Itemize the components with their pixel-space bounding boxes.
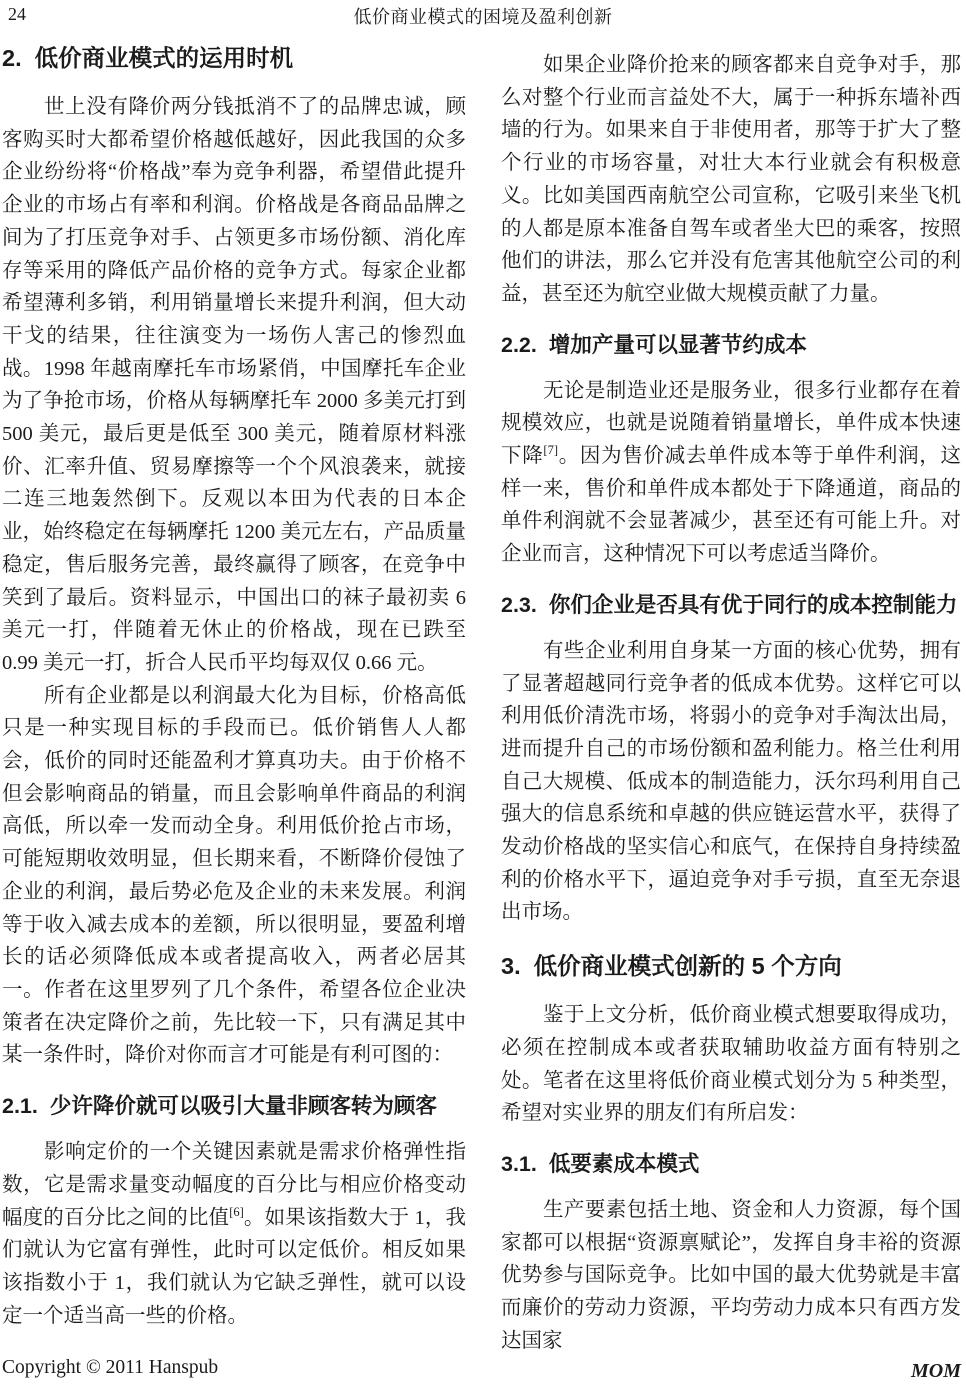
heading-number: 2.3. — [501, 590, 537, 621]
copyright-notice: Copyright © 2011 Hanspub — [2, 1357, 218, 1379]
running-head-title: 低价商业模式的困境及盈利创新 — [0, 3, 966, 29]
paragraph: 鉴于上文分析，低价商业模式想要取得成功，必须在控制成本或者获取辅助收益方面有特别… — [501, 999, 961, 1130]
text-run: 有些企业利用自身某一方面的核心优势，拥有了显著超越同行竞争者的低成本优势。这样它… — [501, 640, 961, 924]
paragraph: 有些企业利用自身某一方面的核心优势，拥有了显著超越同行竞争者的低成本优势。这样它… — [501, 635, 961, 929]
paragraph: 影响定价的一个关键因素就是需求价格弹性指数，它是需求量变动幅度的百分比与相应价格… — [2, 1136, 466, 1332]
heading-number: 3. — [501, 949, 521, 983]
heading-text: 你们企业是否具有优于同行的成本控制能力 — [549, 590, 961, 621]
heading-3-1: 3.1.低要素成本模式 — [501, 1149, 961, 1180]
paragraph: 如果企业降价抢来的顾客都来自竞争对手，那么对整个行业而言益处不大，属于一种拆东墙… — [501, 49, 961, 311]
heading-2: 2.低价商业模式的运用时机 — [2, 41, 466, 75]
text-run: 所有企业都是以利润最大化为目标，价格高低只是一种实现目标的手段而已。低价销售人人… — [2, 685, 466, 1067]
heading-number: 2. — [2, 41, 22, 75]
heading-text: 少许降价就可以吸引大量非顾客转为顾客 — [50, 1091, 466, 1122]
heading-2-3: 2.3.你们企业是否具有优于同行的成本控制能力 — [501, 590, 961, 621]
heading-text: 低要素成本模式 — [549, 1149, 961, 1180]
text-run: 世上没有降价两分钱抵消不了的品牌忠诚，顾客购买时大都希望价格越低越好，因此我国的… — [2, 96, 466, 674]
paragraph: 世上没有降价两分钱抵消不了的品牌忠诚，顾客购买时大都希望价格越低越好，因此我国的… — [2, 91, 466, 680]
heading-number: 2.2. — [501, 330, 537, 361]
heading-3: 3.低价商业模式创新的 5 个方向 — [501, 949, 961, 983]
heading-text: 增加产量可以显著节约成本 — [549, 330, 961, 361]
citation-ref: [7] — [543, 443, 558, 457]
heading-text: 低价商业模式的运用时机 — [35, 41, 466, 75]
right-column: 如果企业降价抢来的顾客都来自竞争对手，那么对整个行业而言益处不大，属于一种拆东墙… — [501, 49, 961, 1358]
heading-2-2: 2.2.增加产量可以显著节约成本 — [501, 330, 961, 361]
text-run: 如果企业降价抢来的顾客都来自竞争对手，那么对整个行业而言益处不大，属于一种拆东墙… — [501, 54, 961, 305]
paragraph: 生产要素包括土地、资金和人力资源，每个国家都可以根据“资源禀赋论”，发挥自身丰裕… — [501, 1194, 961, 1358]
journal-mark: MOM — [911, 1360, 961, 1383]
document-page: 24 低价商业模式的困境及盈利创新 2.低价商业模式的运用时机世上没有降价两分钱… — [0, 0, 966, 1386]
text-run: 生产要素包括土地、资金和人力资源，每个国家都可以根据“资源禀赋论”，发挥自身丰裕… — [501, 1199, 961, 1352]
text-run: 鉴于上文分析，低价商业模式想要取得成功，必须在控制成本或者获取辅助收益方面有特别… — [501, 1004, 961, 1124]
heading-2-1: 2.1.少许降价就可以吸引大量非顾客转为顾客 — [2, 1091, 466, 1122]
citation-ref: [6] — [229, 1205, 244, 1219]
heading-number: 2.1. — [2, 1091, 38, 1122]
paragraph: 无论是制造业还是服务业，很多行业都存在着规模效应，也就是说随着销量增长，单件成本… — [501, 375, 961, 571]
heading-text: 低价商业模式创新的 5 个方向 — [534, 949, 961, 983]
left-column: 2.低价商业模式的运用时机世上没有降价两分钱抵消不了的品牌忠诚，顾客购买时大都希… — [2, 41, 466, 1332]
heading-number: 3.1. — [501, 1149, 537, 1180]
paragraph: 所有企业都是以利润最大化为目标，价格高低只是一种实现目标的手段而已。低价销售人人… — [2, 680, 466, 1072]
text-run: 。因为售价减去单件成本等于单件利润，这样一来，售价和单件成本都处于下降通道，商品… — [501, 445, 961, 565]
